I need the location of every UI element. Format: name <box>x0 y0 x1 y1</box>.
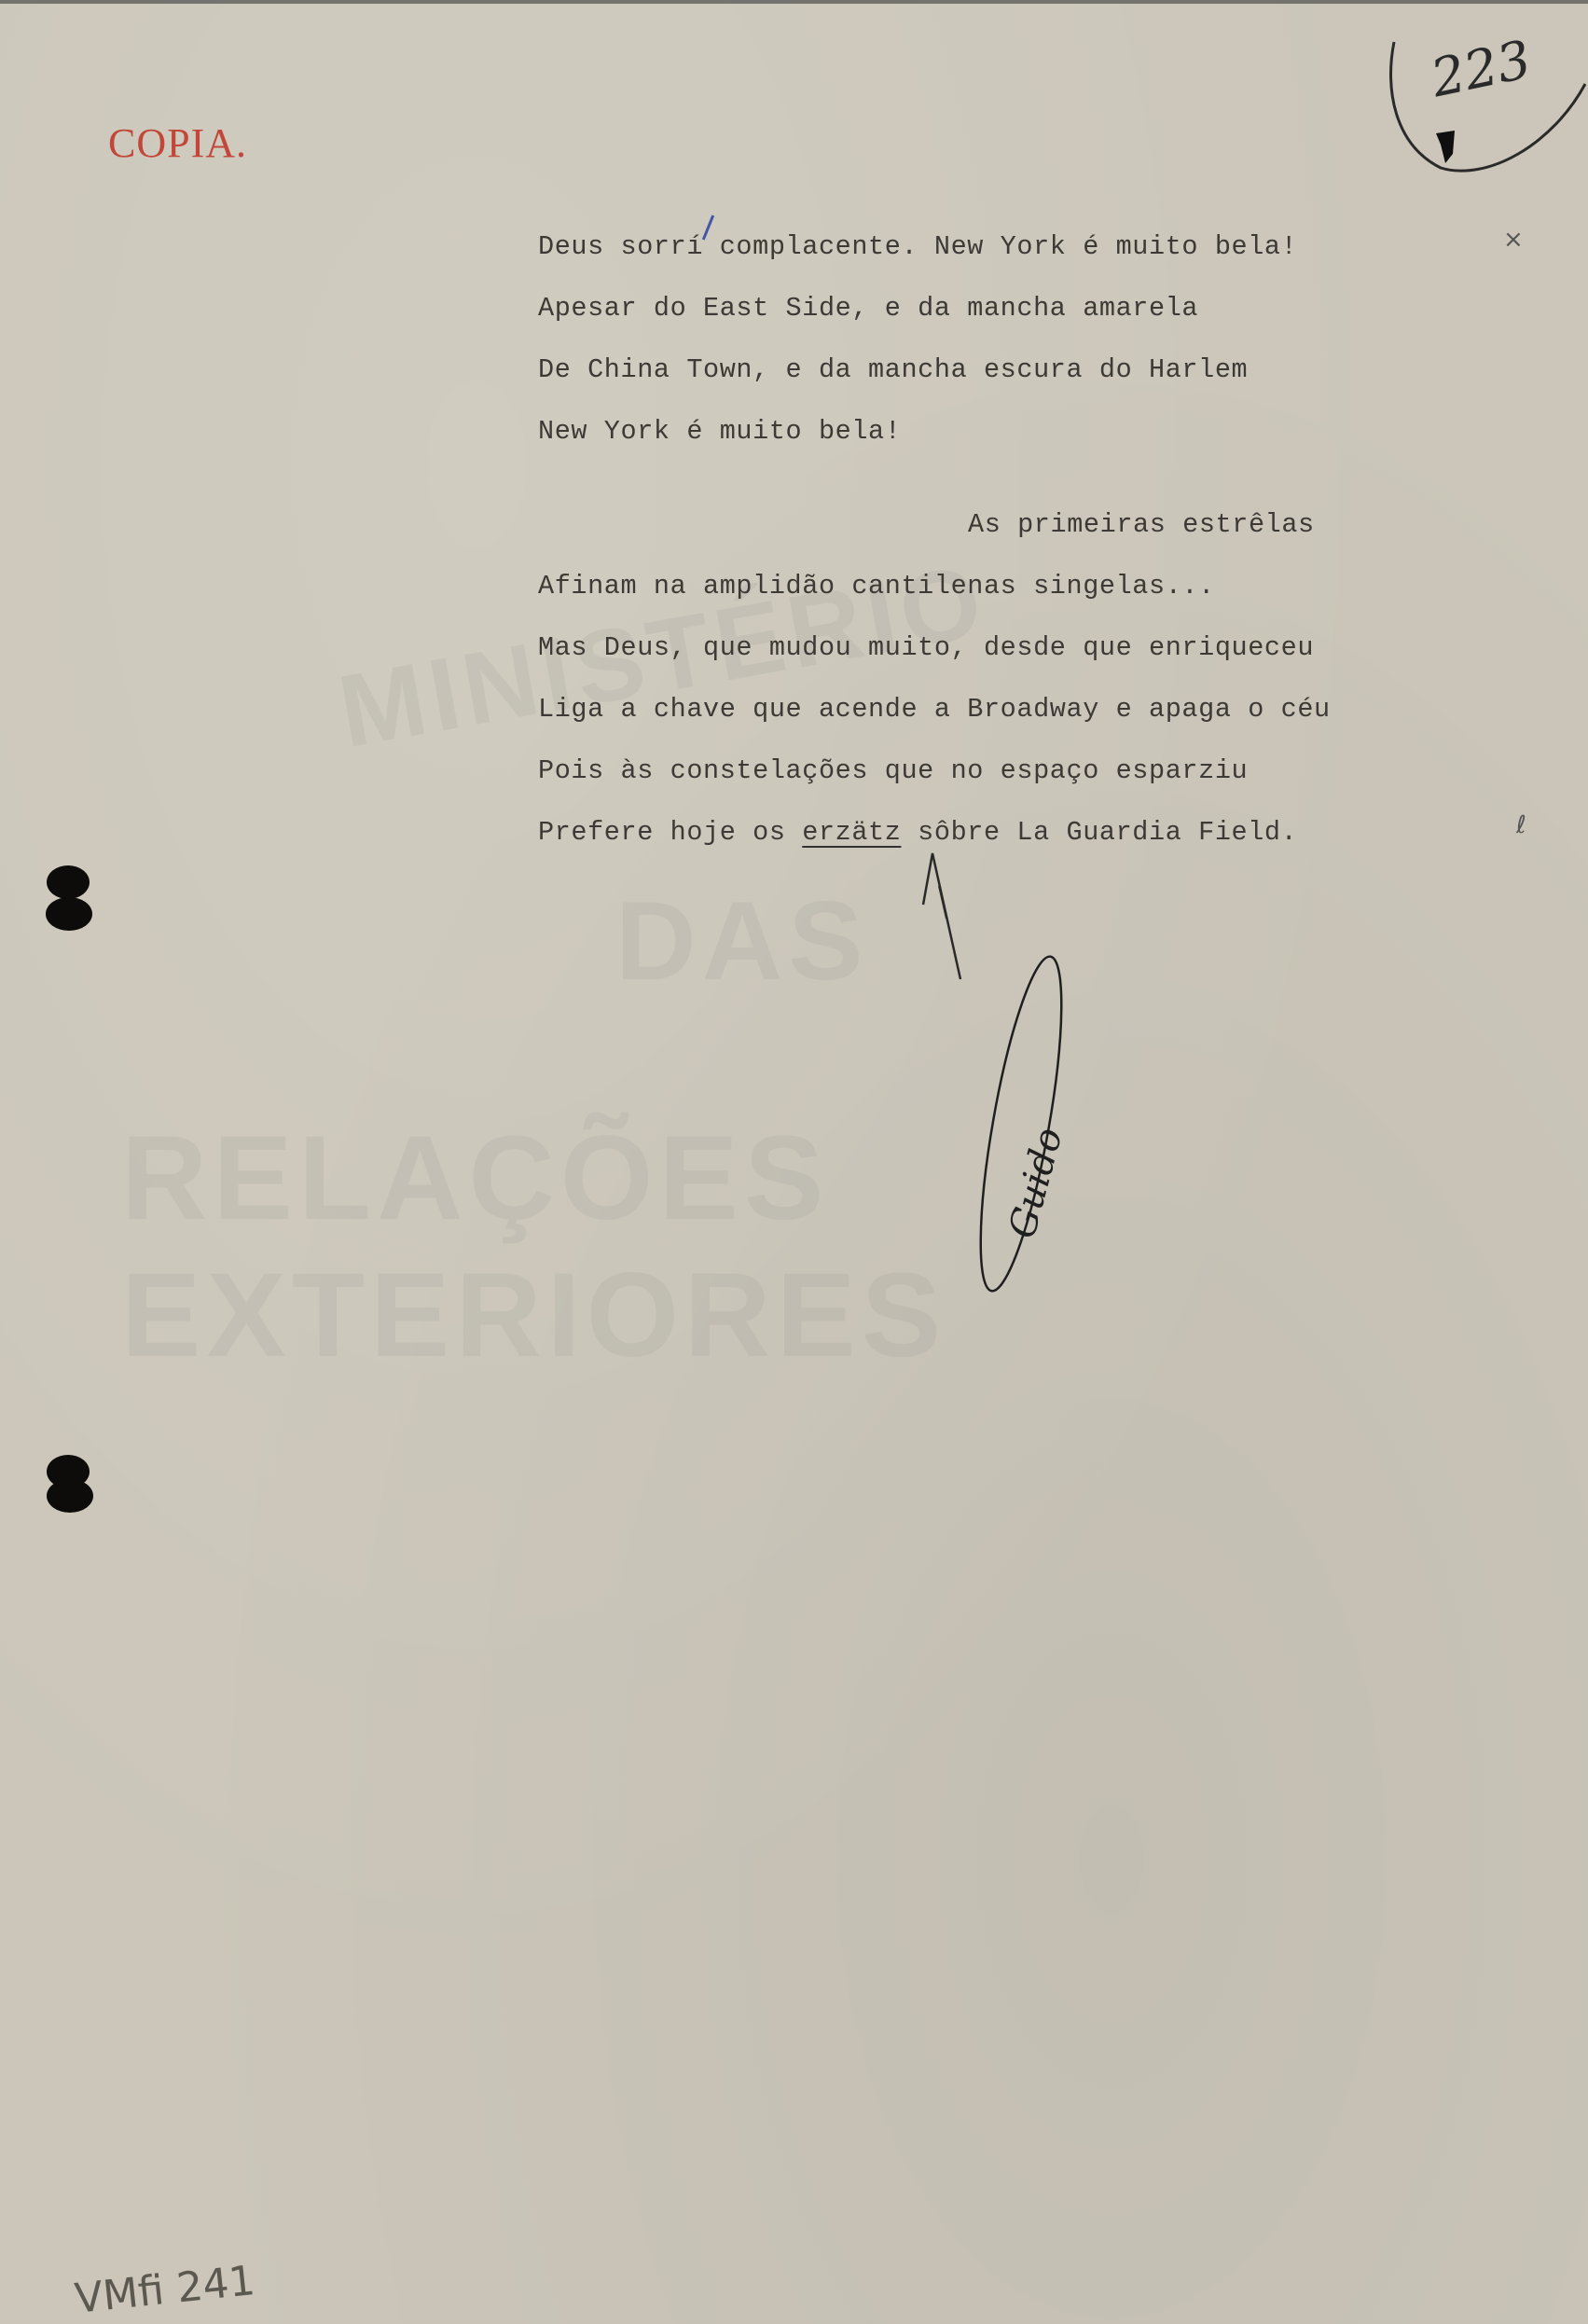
copia-stamp: COPIA. <box>108 119 247 167</box>
underlined-word: erzätz <box>802 817 901 848</box>
archive-reference-note: VMfi 241 <box>73 2257 257 2323</box>
poem-line: De China Town, e da mancha escura do Har… <box>538 347 1471 408</box>
line-text: Prefere hoje os <box>538 817 802 848</box>
punch-hole <box>47 1479 93 1513</box>
poem-line: As primeiras estrêlas <box>538 502 1471 563</box>
signature-oval-icon: Guido <box>951 951 1091 1296</box>
scan-edge <box>0 0 1588 4</box>
line-text: sôbre La Guardia Field. <box>901 817 1297 848</box>
document-page: MINISTÉRIO DAS RELAÇÕES EXTERIORES COPIA… <box>0 0 1588 2324</box>
poem-line: Pois às constelações que no espaço espar… <box>538 748 1471 809</box>
poem-line-last: Prefere hoje os erzätz sôbre La Guardia … <box>538 809 1471 871</box>
poem-line: New York é muito bela! <box>538 408 1471 470</box>
poem-line: Deus sorrí complacente. New York é muito… <box>538 224 1471 285</box>
punch-hole <box>47 865 90 899</box>
poem-line: Mas Deus, que mudou muito, desde que enr… <box>538 625 1471 686</box>
poem-line: Apesar do East Side, e da mancha amarela <box>538 285 1471 347</box>
signature-text: Guido <box>1001 1124 1071 1243</box>
margin-check-mark: × <box>1503 226 1524 254</box>
poem-line: Afinam na amplidão cantilenas singelas..… <box>538 563 1471 625</box>
watermark-das: DAS <box>615 877 868 1005</box>
watermark-relacoes: RELAÇÕES EXTERIORES <box>121 1110 1588 1384</box>
poem-body: Deus sorrí complacente. New York é muito… <box>538 224 1471 871</box>
punch-hole <box>46 897 92 931</box>
poem-line: Liga a chave que acende a Broadway e apa… <box>538 686 1471 748</box>
margin-tick-mark: ℓ <box>1516 811 1526 839</box>
